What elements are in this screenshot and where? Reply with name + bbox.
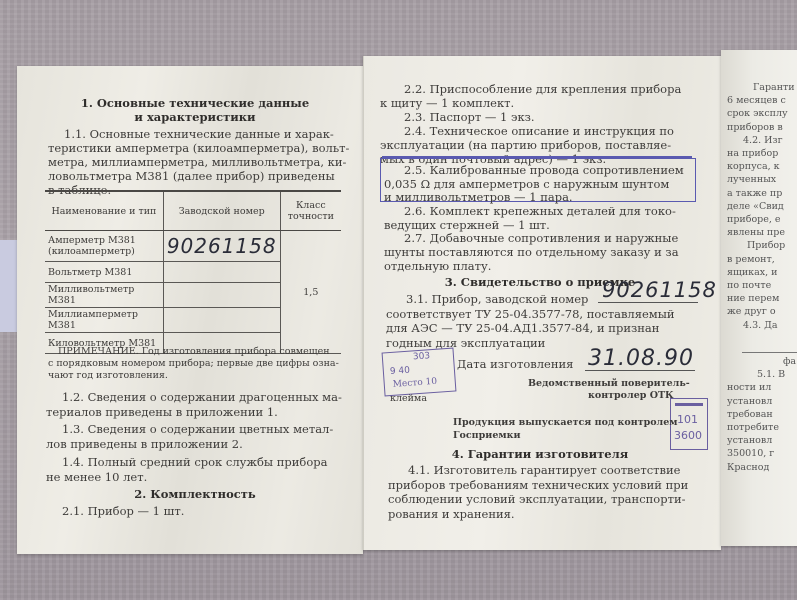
text-line: 2.7. Добавочные сопротивления и наружные — [404, 231, 678, 245]
text-line: установл — [727, 396, 772, 408]
text-line: соблюдении условий эксплуатации, транспо… — [388, 492, 686, 506]
row-name: Миллиамперметр М381 — [45, 308, 163, 333]
controller-line1: Ведомственный поверитель- — [528, 378, 690, 390]
text-line: соответствует ТУ 25-04.3577-78, поставля… — [386, 307, 675, 321]
text-line: 2.2. Приспособление для крепления прибор… — [404, 82, 681, 96]
page-fold — [363, 56, 364, 550]
text-line: лов приведены в приложении 2. — [46, 437, 243, 451]
state-acceptance-line2: Госприемки — [453, 430, 521, 442]
accuracy-class: 1,5 — [280, 231, 341, 354]
text-line: 2.5. Калиброванные провода сопротивление… — [404, 163, 684, 177]
col-header-serial: Заводской номер — [163, 191, 280, 231]
text-line: 1.1. Основные технические данные и харак… — [64, 127, 334, 141]
paragraph-2-3: 2.3. Паспорт — 1 экз. — [404, 110, 535, 124]
text-line: эксплуатации (на партию приборов, постав… — [380, 138, 671, 152]
col-header-name: Наименование и тип — [45, 191, 163, 231]
text-line: 1.4. Полный средний срок службы прибора — [62, 455, 327, 469]
text-line: с порядковым номером прибора; первые две… — [48, 358, 339, 370]
text-line: шунты поставляются по отдельному заказу … — [384, 245, 679, 259]
text-line: чают год изготовления. — [48, 370, 168, 382]
text-line: 350010, г — [727, 448, 774, 460]
text-line: приборов в — [727, 122, 783, 134]
section1-title: 1. Основные технические данные — [50, 96, 340, 110]
text-line: ние перем — [727, 293, 779, 305]
state-acceptance-line1: Продукция выпускается под контролем — [453, 417, 678, 429]
text-line: ности ил — [727, 382, 771, 394]
section1-title-line2: и характеристики — [50, 110, 340, 124]
date-underline — [585, 370, 695, 371]
text-line: установл — [727, 435, 772, 447]
text-line: 3.1. Прибор, заводской номер — [406, 292, 588, 306]
text-line: а также пр — [727, 188, 782, 200]
signature-line — [742, 352, 797, 353]
text-line: приборов требованиям технических условий… — [388, 478, 688, 492]
text-line: Гаранти — [753, 82, 795, 94]
text-line: ведущих стержней — 1 шт. — [384, 218, 550, 232]
date-label: Дата изготовления — [457, 357, 573, 371]
handwritten-serial: 90261158 — [167, 234, 277, 258]
text-line: рования и хранения. — [388, 507, 515, 521]
text-line: годным для эксплуатации — [386, 336, 545, 350]
text-line: по почте — [727, 280, 771, 292]
text-line: 0,035 Ω для амперметров с наружным шунто… — [384, 177, 669, 191]
text-line: 6 месяцев с — [727, 95, 786, 107]
text-line: приборе, е — [727, 214, 781, 226]
text-line: метра, миллиамперметра, милливольтметра,… — [48, 155, 346, 169]
text-line: для АЭС — ТУ 25-04.АД1.3577-84, и призна… — [386, 321, 659, 335]
section4-title: 4. Гарантии изготовителя — [380, 447, 700, 461]
text-line: срок эксплу — [727, 108, 788, 120]
text-line: ПРИМЕЧАНИЕ. Год изготовления прибора сов… — [58, 346, 330, 358]
text-line: 4.2. Изг — [743, 135, 783, 147]
text-line: 4.3. Да — [743, 320, 778, 332]
text-line: фа — [783, 356, 796, 368]
text-line: не менее 10 лет. — [46, 470, 147, 484]
row-serial — [163, 308, 280, 333]
spec-table: Наименование и тип Заводской номер Класс… — [45, 190, 341, 354]
table-row: Амперметр М381 (килоамперметр) 90261158 … — [45, 231, 341, 262]
paragraph-2-1: 2.1. Прибор — 1 шт. — [62, 504, 184, 518]
text-line: и милливольтметров — 1 пара. — [384, 190, 573, 204]
stamp-place-label: клейма — [390, 393, 427, 405]
text-line: 1.3. Сведения о содержании цветных метал… — [62, 422, 333, 436]
text-line: в ремонт, — [727, 254, 775, 266]
text-line: корпуса, к — [727, 161, 780, 173]
handwritten-date: 31.08.90 — [588, 346, 694, 371]
text-line: Прибор — [747, 240, 785, 252]
col-header-class: Класс точности — [280, 191, 341, 231]
text-line: 4.1. Изготовитель гарантирует соответств… — [408, 463, 680, 477]
text-line: потребите — [727, 422, 779, 434]
text-line: лученных — [727, 174, 776, 186]
text-line: деле «Свид — [727, 201, 784, 213]
text-line: отдельную плату. — [384, 259, 491, 273]
text-line: 2.6. Комплект крепежных деталей для токо… — [404, 204, 676, 218]
row-serial — [163, 283, 280, 308]
text-line: явлены пре — [727, 227, 785, 239]
row-serial: 90261158 — [163, 231, 280, 262]
text-line: териалов приведены в приложении 1. — [46, 405, 278, 419]
handwritten-serial-acceptance: 90261158 — [602, 278, 717, 302]
text-line: на прибор — [727, 148, 778, 160]
text-line: 5.1. В — [757, 369, 785, 381]
text-line: ящиках, и — [727, 267, 778, 279]
text-line: к щиту — 1 комплект. — [380, 96, 514, 110]
text-line: теристики амперметра (килоамперметра), в… — [48, 141, 349, 155]
row-name: Вольтметр М381 — [45, 262, 163, 283]
text-line: 2.4. Техническое описание и инструкция п… — [404, 124, 674, 138]
row-name: Амперметр М381 (килоамперметр) — [45, 231, 163, 262]
controller-line2: контролер ОТК — [588, 390, 674, 402]
row-name: Милливольтметр М381 — [45, 283, 163, 308]
text-line: же друг о — [727, 306, 776, 318]
text-line: требован — [727, 409, 773, 421]
row-serial — [163, 262, 280, 283]
text-line: 1.2. Сведения о содержании драгоценных м… — [62, 390, 342, 404]
serial-underline — [598, 302, 698, 303]
section2-title: 2. Комплектность — [50, 487, 340, 501]
text-line: ловольтметра М381 (далее прибор) приведе… — [48, 169, 335, 183]
text-line: Краснод — [727, 462, 769, 474]
stamp-left: 303 9 40 Место 10 — [382, 348, 457, 397]
